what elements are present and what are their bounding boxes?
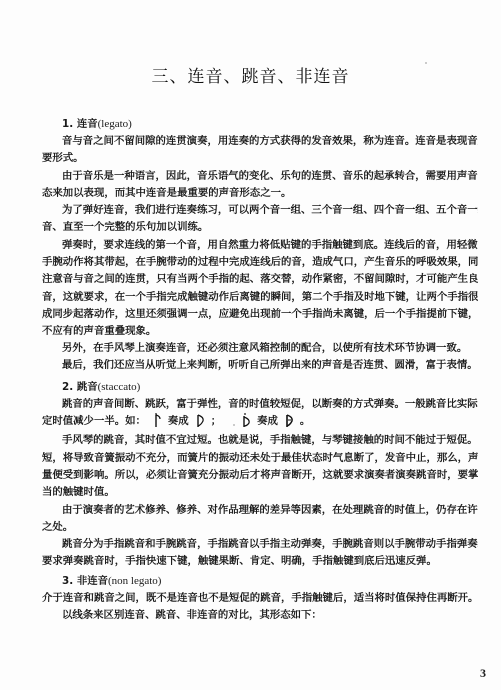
notation-prefix: 定时值减少一半。如： xyxy=(42,412,146,430)
paragraph-line: 由于音乐是一种语言，因此，音乐语气的变化、乐句的连贯、音乐的起承转合，需要用声音… xyxy=(62,169,478,183)
paragraph-line: 当的触键时值。 xyxy=(42,485,478,499)
chapter-title: 三、连音、跳音、非连音 xyxy=(0,62,501,87)
quarter-note-staccato-icon xyxy=(152,413,162,429)
section-number: 1. xyxy=(62,118,73,130)
play-as-label: 奏成 xyxy=(168,412,189,430)
scan-speck xyxy=(425,62,427,64)
paragraph-line: 成同步起落动作，这里还须强调一点，应避免出现前一个手指尚未离键，后一个手指提前下… xyxy=(42,307,478,321)
section-number: 3. xyxy=(62,575,73,587)
paragraph-line: 之处。 xyxy=(42,520,478,534)
section-latin: (non legato) xyxy=(108,575,161,587)
eighth-note-rest-icon xyxy=(195,413,205,429)
paragraph-line: 另外，在手风琴上演奏连音，还必须注意风箱控制的配合，以使所有技术环节协调一致。 xyxy=(62,341,478,355)
paragraph-line: 以线条来区别连音、跳音、非连音的对比，其形态如下： xyxy=(62,608,478,622)
section-name: 跳音 xyxy=(77,381,98,393)
scan-speck xyxy=(233,424,235,426)
paragraph-line: 要求弹奏跳音时，手指快速下键，触键果断、肯定、明确，手指触键到底后迅速反弹。 xyxy=(42,554,478,568)
section-name: 连音 xyxy=(77,118,98,130)
play-as-label: 奏成 xyxy=(257,412,278,430)
section-name: 非连音 xyxy=(77,575,108,587)
page-number: 3 xyxy=(480,666,486,681)
sentence-end: 。 xyxy=(300,412,310,430)
paragraph-line: 注意音与音之间的连贯，只有当两个手指的起、落交替，动作紧密，不留间隙时，才可能产… xyxy=(42,272,478,286)
paragraph-line: 不应有的声音重叠现象。 xyxy=(42,324,478,338)
paragraph-line: 音，这就要求，在一个手指完成触键动作后离键的瞬间，第二个手指及时地下键，让两个手… xyxy=(42,290,478,304)
paragraph-line: 为了弹好连音，我们进行连奏练习，可以两个音一组、三个音一组、四个音一组、五个音一… xyxy=(62,203,478,217)
paragraph-line: 量便受到影响。所以，必须让音簧充分振动后才将声音断开，这就要求演奏者演奏跳音时，… xyxy=(42,468,478,482)
notation-example-line: 定时值减少一半。如： 奏成 ； 奏成 。 xyxy=(42,412,310,430)
quarter-note-rest-icon xyxy=(284,413,294,429)
paragraph-line: 音、直至一个完整的乐句加以训练。 xyxy=(42,220,478,234)
paragraph-line: 音与音之间不留间隙的连贯演奏，用连奏的方式获得的发音效果，称为连音。连音是表现音… xyxy=(62,134,478,148)
paragraph-line: 要形式。 xyxy=(42,151,478,165)
section-latin: (legato) xyxy=(98,118,132,130)
book-page: 三、连音、跳音、非连音 1. 连音(legato) 音与音之间不留间隙的连贯演奏… xyxy=(0,0,501,690)
paragraph-line: 短，将导致音簧振动不充分，而簧片的振动还未处于最佳状态时气息断了，发音中止，那么… xyxy=(42,451,478,465)
paragraph-line: 介于连音和跳音之间，既不是连音也不是短促的跳音，手指触键后，适当将时值保持住再断… xyxy=(42,591,478,605)
paragraph-line: 由于演奏者的艺术修养、修养、对作品理解的差异等因素，在处理跳音的时值上，仍存在许… xyxy=(62,503,478,517)
section-heading-staccato: 2. 跳音(staccato) xyxy=(62,380,140,394)
section-heading-non-legato: 3. 非连音(non legato) xyxy=(62,574,161,588)
paragraph-line: 弹奏时，要求连线的第一个音，用自然重力将低贴键的手指触键到底。连线后的音，用轻微… xyxy=(62,238,478,252)
section-number: 2. xyxy=(62,381,73,393)
paragraph-line: 跳音分为手指跳音和手腕跳音，手指跳音以手指主动弹奏，手腕跳音则以手腕带动手指弹奏… xyxy=(62,537,478,551)
section-latin: (staccato) xyxy=(98,381,141,393)
paragraph-line: 手腕动作将其带起，在手腕带动的过程中完成连线后的音，造成气口，产生音乐的呼吸效果… xyxy=(42,255,478,269)
section-heading-legato: 1. 连音(legato) xyxy=(62,117,132,131)
half-note-staccato-icon xyxy=(241,413,251,429)
scan-speck xyxy=(310,545,312,547)
paragraph-line: 手风琴的跳音，其时值不宜过短。也就是说，手指触键，与琴键接触的时间不能过于短促。… xyxy=(62,433,478,447)
paragraph-line: 最后，我们还应当从听觉上来判断，听听自己所弹出来的声音是否连贯、圆滑，富于表情。 xyxy=(62,358,478,372)
separator: ； xyxy=(211,412,221,430)
paragraph-line: 态来加以表现，而其中连音是最重要的声音形态之一。 xyxy=(42,186,478,200)
paragraph-line: 跳音的声音间断、跳跃，富于弹性，音的时值较短促，以断奏的方式弹奏。一般跳音比实际… xyxy=(62,397,478,411)
